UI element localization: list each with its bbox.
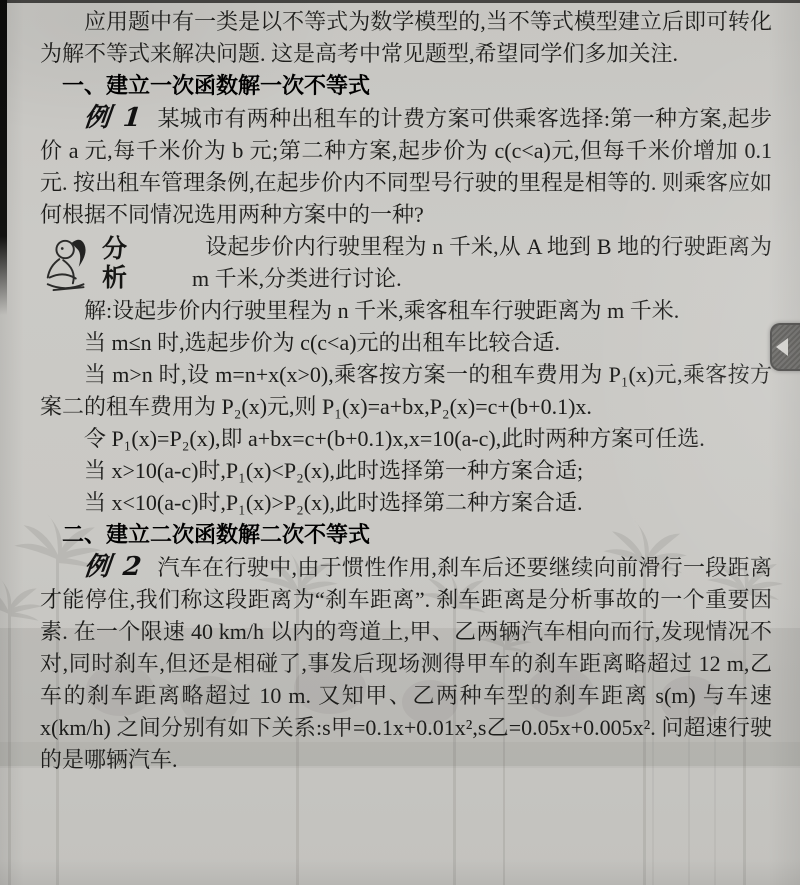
- analysis-badge: 分析: [40, 233, 182, 295]
- example2-text: 汽车在行驶中,由于惯性作用,刹车后还要继续向前滑行一段距离才能停住,我们称这段距…: [40, 555, 772, 772]
- analysis-block: 分析 设起步价内行驶里程为 n 千米,从 A 地到 B 地的行驶距离为 m 千米…: [40, 231, 772, 295]
- page-nav-arrow[interactable]: [770, 323, 800, 371]
- solution-line: 当 x<10(a-c)时,P₁(x)>P₂(x),此时选择第二种方案合适.: [40, 487, 772, 519]
- solution-line: 当 x>10(a-c)时,P₁(x)<P₂(x),此时选择第一种方案合适;: [40, 455, 772, 487]
- example2-label: 例 2: [82, 551, 145, 583]
- solution-line: 令 P₁(x)=P₂(x),即 a+bx=c+(b+0.1)x,x=10(a-c…: [40, 423, 772, 455]
- scan-edge-left: [0, 0, 7, 315]
- analysis-figure-icon: [40, 233, 98, 295]
- analysis-label: 分析: [102, 235, 130, 293]
- example1-paragraph: 例 1某城市有两种出租车的计费方案可供乘客选择:第一种方案,起步价 a 元,每千…: [40, 102, 772, 231]
- page-nav-arrow-icon: [776, 338, 788, 356]
- page-content: 应用题中有一类是以不等式为数学模型的,当不等式模型建立后即可转化为解不等式来解决…: [0, 0, 800, 776]
- solution-line: 解:设起步价内行驶里程为 n 千米,乘客租车行驶距离为 m 千米.: [40, 295, 772, 327]
- solution-line: 当 m>n 时,设 m=n+x(x>0),乘客按方案一的租车费用为 P₁(x)元…: [40, 359, 772, 423]
- example1-label: 例 1: [82, 102, 145, 134]
- solution-line: 当 m≤n 时,选起步价为 c(c<a)元的出租车比较合适.: [40, 327, 772, 359]
- scan-edge-top: [0, 0, 800, 3]
- example1-text: 某城市有两种出租车的计费方案可供乘客选择:第一种方案,起步价 a 元,每千米价为…: [40, 106, 772, 227]
- section2-title: 二、建立二次函数解二次不等式: [40, 519, 772, 551]
- intro-paragraph: 应用题中有一类是以不等式为数学模型的,当不等式模型建立后即可转化为解不等式来解决…: [40, 6, 772, 70]
- section1-title: 一、建立一次函数解一次不等式: [40, 70, 772, 102]
- example2-paragraph: 例 2汽车在行驶中,由于惯性作用,刹车后还要继续向前滑行一段距离才能停住,我们称…: [40, 551, 772, 776]
- textbook-page-scan: 应用题中有一类是以不等式为数学模型的,当不等式模型建立后即可转化为解不等式来解决…: [0, 0, 800, 885]
